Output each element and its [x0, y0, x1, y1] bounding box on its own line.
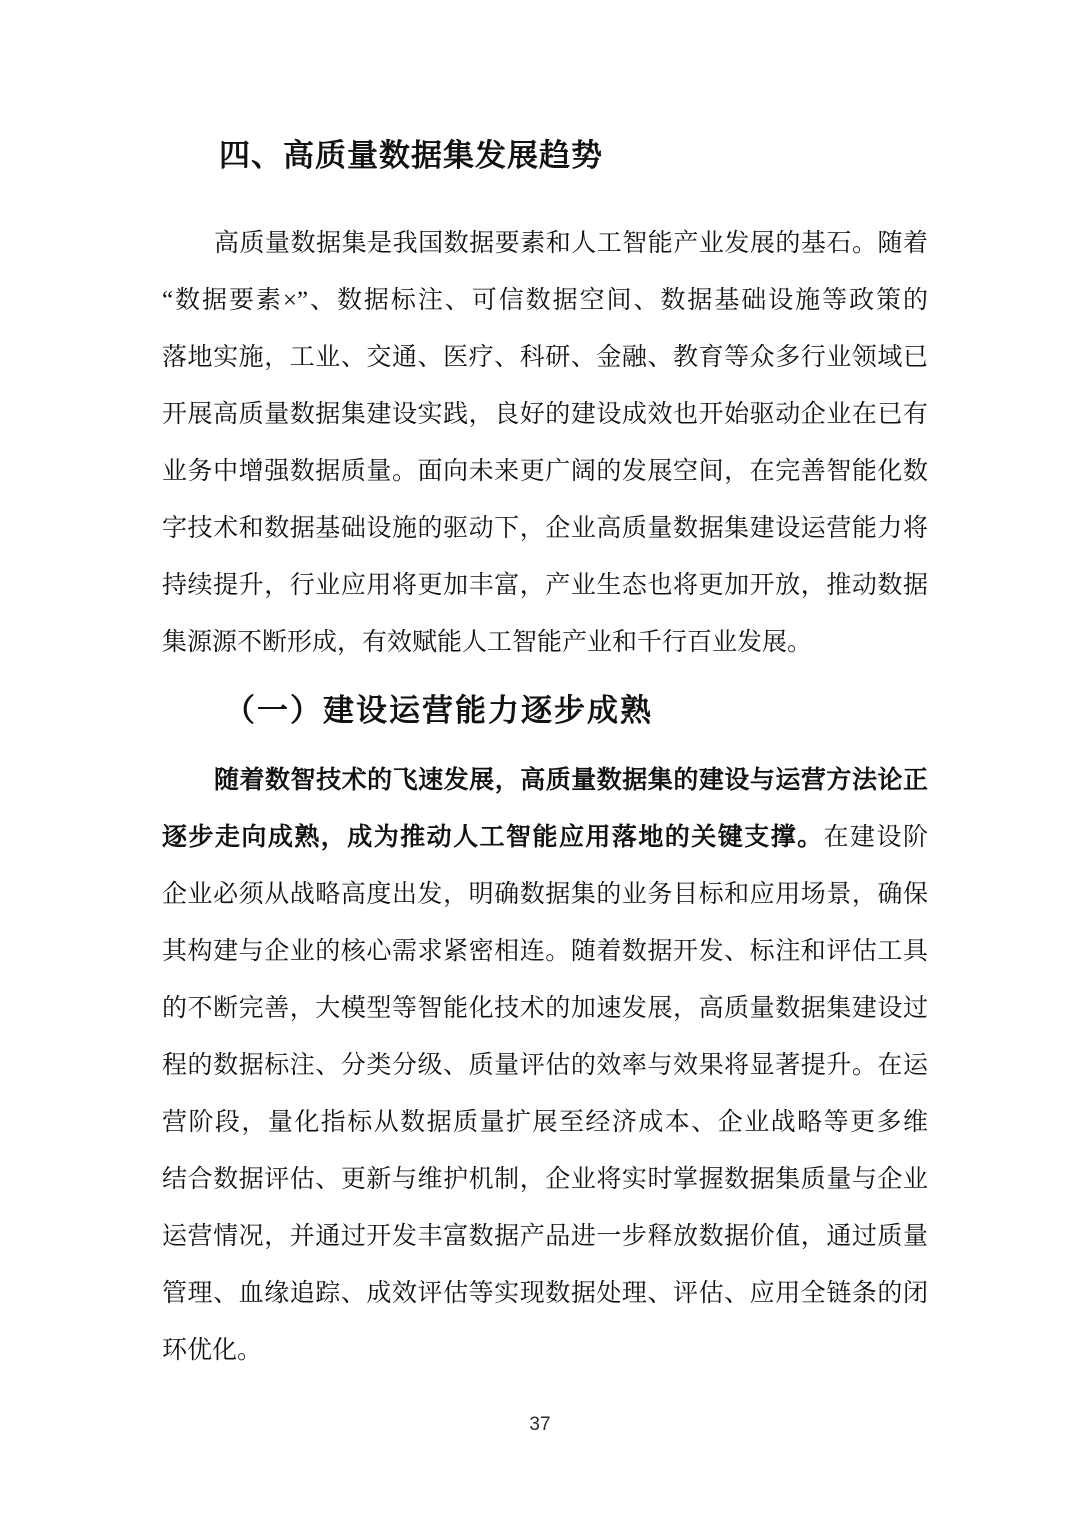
paragraph-line: 企业必须从战略高度出发，明确数据集的业务目标和应用场景，确保: [162, 866, 928, 923]
paragraph-line: “数据要素×”、数据标注、可信数据空间、数据基础设施等政策的: [162, 272, 928, 329]
paragraph-line: 程的数据标注、分类分级、质量评估的效率与效果将显著提升。在运: [162, 1037, 928, 1094]
paragraph-line: 运营情况，并通过开发丰富数据产品进一步释放数据价值，通过质量: [162, 1208, 928, 1265]
paragraph-line: 环优化。: [162, 1322, 928, 1379]
paragraph-line: 营阶段，量化指标从数据质量扩展至经济成本、企业战略等更多维度，: [162, 1094, 928, 1151]
paragraph-line: 字技术和数据基础设施的驱动下，企业高质量数据集建设运营能力将: [162, 500, 928, 557]
paragraph-line: 管理、血缘追踪、成效评估等实现数据处理、评估、应用全链条的闭: [162, 1265, 928, 1322]
paragraph-line: 的不断完善，大模型等智能化技术的加速发展，高质量数据集建设过: [162, 980, 928, 1037]
paragraph-line: 其构建与企业的核心需求紧密相连。随着数据开发、标注和评估工具: [162, 923, 928, 980]
paragraph-line: 落地实施，工业、交通、医疗、科研、金融、教育等众多行业领域已: [162, 329, 928, 386]
paragraph-line: 持续提升，行业应用将更加丰富，产业生态也将更加开放，推动数据: [162, 557, 928, 614]
paragraph-2: 随着数智技术的飞速发展，高质量数据集的建设与运营方法论正 逐步走向成熟，成为推动…: [162, 752, 928, 1379]
section-heading: 四、高质量数据集发展趋势: [219, 139, 603, 173]
paragraph-line: 开展高质量数据集建设实践，良好的建设成效也开始驱动企业在已有: [162, 386, 928, 443]
paragraph-line-mixed: 逐步走向成熟，成为推动人工智能应用落地的关键支撑。在建设阶段，: [162, 809, 928, 866]
subsection-heading: （一）建设运营能力逐步成熟: [224, 682, 653, 739]
paragraph-line: 结合数据评估、更新与维护机制，企业将实时掌握数据集质量与企业: [162, 1151, 928, 1208]
paragraph-line: 集源源不断形成，有效赋能人工智能产业和千行百业发展。: [162, 614, 928, 671]
paragraph-line: 业务中增强数据质量。面向未来更广阔的发展空间，在完善智能化数: [162, 443, 928, 500]
page-number: 37: [0, 1414, 1080, 1436]
paragraph-1: 高质量数据集是我国数据要素和人工智能产业发展的基石。随着 “数据要素×”、数据标…: [162, 215, 928, 671]
document-page: 四、高质量数据集发展趋势 高质量数据集是我国数据要素和人工智能产业发展的基石。随…: [0, 0, 1080, 1526]
paragraph-line-bold: 随着数智技术的飞速发展，高质量数据集的建设与运营方法论正: [162, 752, 928, 809]
bold-text-segment: 逐步走向成熟，成为推动人工智能应用落地的关键支撑。: [162, 823, 824, 851]
paragraph-line: 高质量数据集是我国数据要素和人工智能产业发展的基石。随着: [162, 215, 928, 272]
